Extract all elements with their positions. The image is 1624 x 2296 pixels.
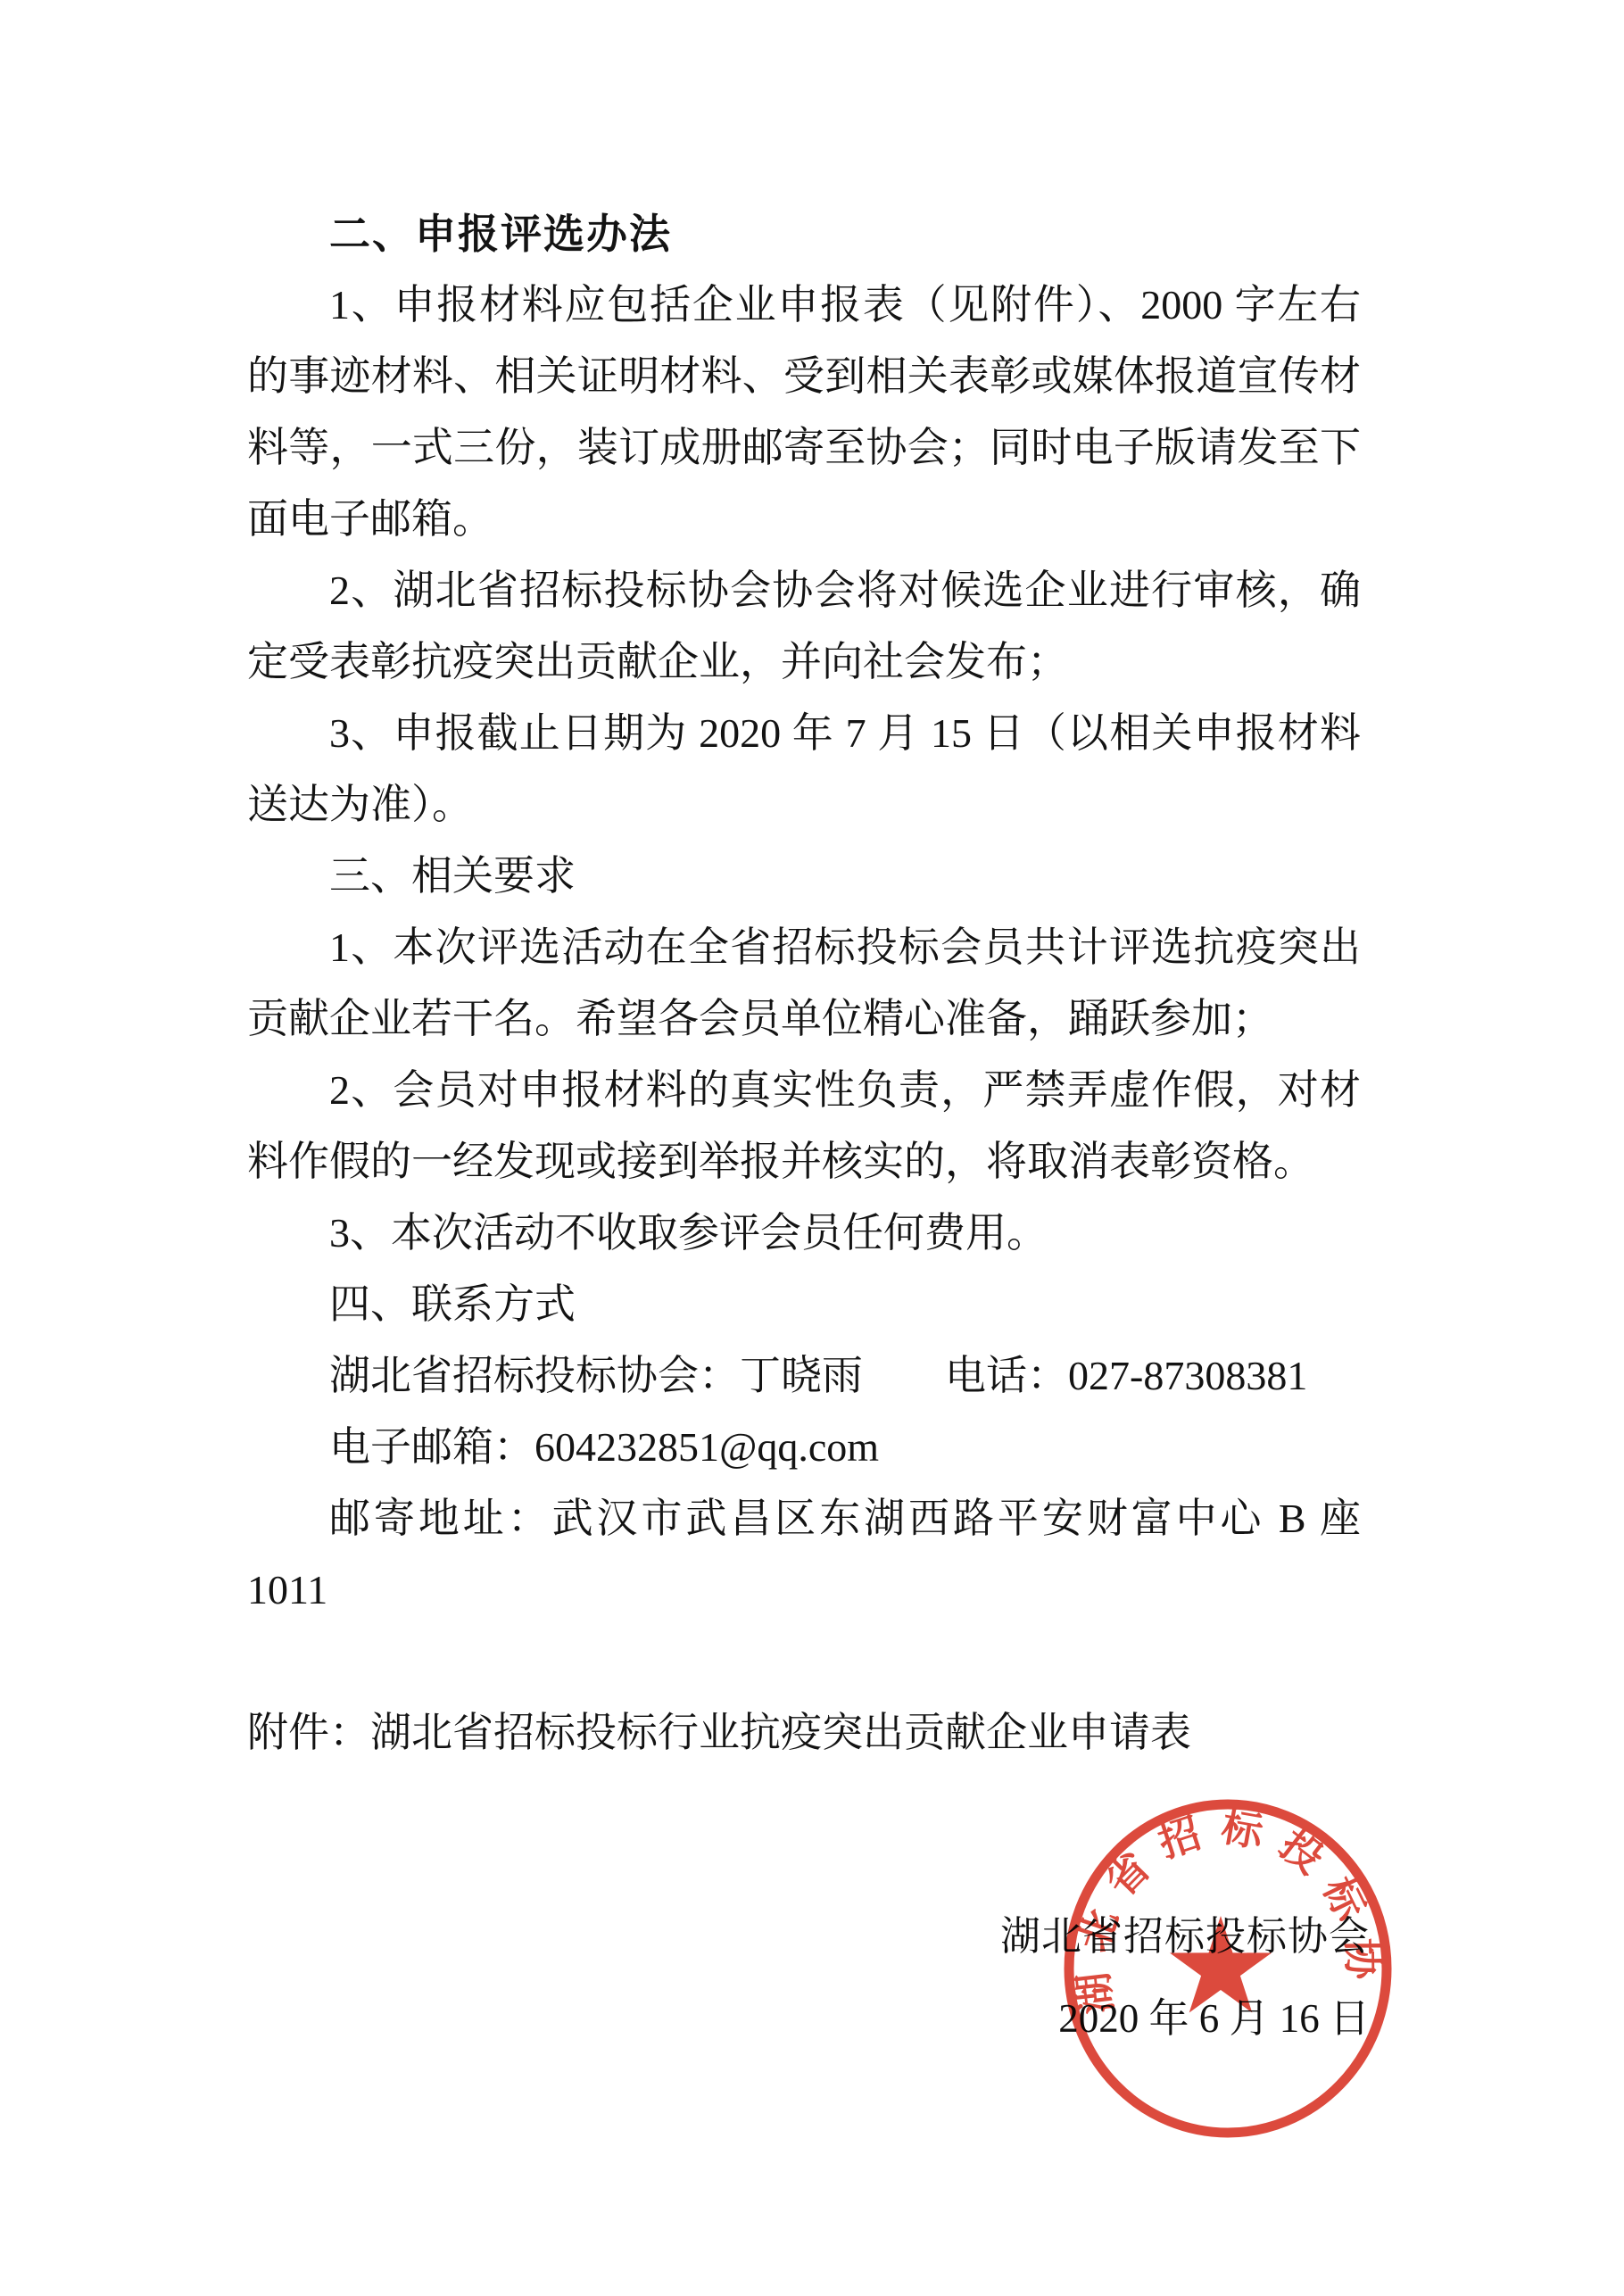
signature-date: 2020 年 6 月 16 日 xyxy=(1058,1997,1370,2040)
stamp-arc-text: 湖北省招标投标协会 xyxy=(1049,1790,1385,2016)
para-mailing-address: 邮寄地址：武汉市武昌区东湖西路平安财富中心 B 座 1011 xyxy=(247,1483,1361,1626)
signature-org-name: 湖北省招标投标协会 xyxy=(1000,1915,1370,1958)
official-seal-stamp: 湖北省招标投标协会 xyxy=(1049,1790,1406,2147)
document-body: 二、申报评选办法 1、申报材料应包括企业申报表（见附件）、2000 字左右的事迹… xyxy=(247,198,1361,1769)
para-application-materials: 1、申报材料应包括企业申报表（见附件）、2000 字左右的事迹材料、相关证明材料… xyxy=(247,269,1361,555)
para-no-fee: 3、本次活动不收取参评会员任何费用。 xyxy=(247,1198,1361,1269)
heading-related-requirements: 三、相关要求 xyxy=(247,841,1361,912)
stamp-outer-ring xyxy=(1069,1804,1387,2133)
document-page: 二、申报评选办法 1、申报材料应包括企业申报表（见附件）、2000 字左右的事迹… xyxy=(0,0,1624,2296)
para-attachment-note: 附件：湖北省招标投标行业抗疫突出贡献企业申请表 xyxy=(247,1697,1361,1769)
para-contact-email: 电子邮箱：604232851@qq.com xyxy=(247,1412,1361,1483)
para-contact-person-phone: 湖北省招标投标协会：丁晓雨 电话：027-87308381 xyxy=(247,1340,1361,1412)
para-selection-scope: 1、本次评选活动在全省招标投标会员共计评选抗疫突出贡献企业若干名。希望各会员单位… xyxy=(247,912,1361,1055)
heading-application-selection-method: 二、申报评选办法 xyxy=(247,198,1361,269)
para-authenticity-responsibility: 2、会员对申报材料的真实性负责，严禁弄虚作假，对材料作假的一经发现或接到举报并核… xyxy=(247,1055,1361,1198)
para-application-deadline: 3、申报截止日期为 2020 年 7 月 15 日（以相关申报材料送达为准）。 xyxy=(247,698,1361,841)
para-review-and-announce: 2、湖北省招标投标协会协会将对候选企业进行审核，确定受表彰抗疫突出贡献企业，并向… xyxy=(247,555,1361,698)
heading-contact-info: 四、联系方式 xyxy=(247,1269,1361,1340)
stamp-arc-text-holder: 湖北省招标投标协会 xyxy=(1049,1790,1385,2016)
